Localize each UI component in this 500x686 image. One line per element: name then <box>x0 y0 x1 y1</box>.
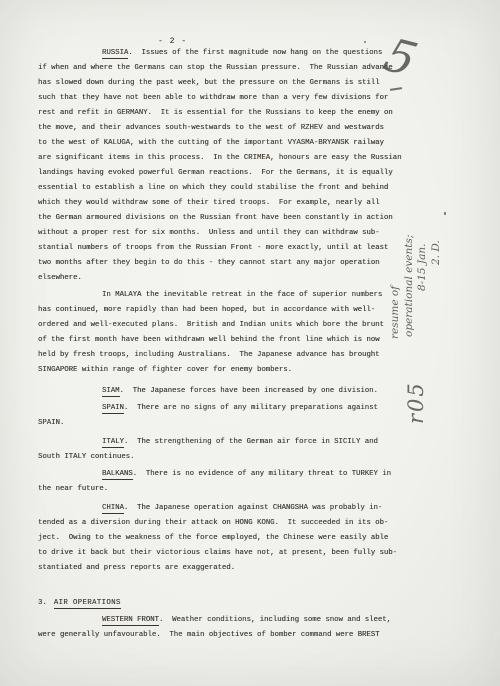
typed-line: stantiated and press reports are exagger… <box>38 561 404 576</box>
side-note-line: 8-15 Jan. <box>416 167 430 291</box>
typed-line-text: . There is no evidence of any military t… <box>133 470 391 478</box>
typed-line: of the first month have been withdrawn w… <box>38 333 404 348</box>
typed-line: ITALY. The strengthening of the German a… <box>38 435 404 450</box>
page-number: - 2 - <box>158 37 187 46</box>
paragraph-western_front: WESTERN FRONT. Weather conditions, inclu… <box>38 613 404 643</box>
typed-line: stantial numbers of troops from the Russ… <box>38 241 404 256</box>
typed-line: the German armoured divisions on the Rus… <box>38 211 404 226</box>
handwritten-top-mark: 5 <box>377 28 424 86</box>
section-title: AIR OPERATIONS <box>54 599 121 609</box>
typed-line: which they would withdraw some of their … <box>38 196 404 211</box>
side-note-line: resume of <box>389 167 403 339</box>
typed-line: ject. Owing to the weakness of the force… <box>38 531 404 546</box>
typed-line: are significant items in this process. I… <box>38 151 404 166</box>
paragraph-russia: RUSSIA. Issues of the first magnitude no… <box>38 46 404 286</box>
typed-line: essential to establish a line on which t… <box>38 181 404 196</box>
typed-line: In MALAYA the inevitable retreat in the … <box>38 288 404 303</box>
heading-siam: SIAM <box>102 387 120 397</box>
typed-line: BALKANS. There is no evidence of any mil… <box>38 467 404 482</box>
typed-line: tended as a diversion during their attac… <box>38 516 404 531</box>
typed-line: SPAIN. <box>38 416 404 431</box>
section-heading-air_operations: 3.AIR OPERATIONS <box>38 596 404 611</box>
handwritten-bottom-mark: r05 <box>404 342 432 424</box>
heading-spain: SPAIN <box>102 404 124 414</box>
typed-line-text: . The strengthening of the German air fo… <box>124 438 378 446</box>
heading-balkans: BALKANS <box>102 470 133 480</box>
heading-russia: RUSSIA <box>102 49 128 59</box>
typed-line-text: . Weather conditions, including some sno… <box>159 616 391 624</box>
paragraph-italy: ITALY. The strengthening of the German a… <box>38 435 404 465</box>
typed-line-text: . There are no signs of any military pre… <box>124 404 378 412</box>
typed-line: the move, and their advances south-westw… <box>38 121 404 136</box>
typed-line: such that they have not been able to wit… <box>38 91 404 106</box>
typed-line-text: . Issues of the first magnitude now hang… <box>128 49 382 57</box>
scanned-document-page: - 2 - RUSSIA. Issues of the first magnit… <box>0 0 500 686</box>
side-note-line: operational events; <box>403 167 417 337</box>
typed-line: rest and refit in GERMANY. It is essenti… <box>38 106 404 121</box>
typed-line: without a proper rest for six months. Un… <box>38 226 404 241</box>
typed-line: to the west of KALUGA, with the cutting … <box>38 136 404 151</box>
paragraph-spain: SPAIN. There are no signs of any militar… <box>38 401 404 431</box>
heading-china: CHINA <box>102 504 124 514</box>
typed-line: if when and where the Germans can stop t… <box>38 61 404 76</box>
typed-line: held by fresh troops, including Australi… <box>38 348 404 363</box>
typed-line: to drive it back but their victorious cl… <box>38 546 404 561</box>
section-number: 3. <box>38 599 47 607</box>
typed-line: elsewhere. <box>38 271 404 286</box>
typed-line: landings having evoked powerful German r… <box>38 166 404 181</box>
typed-line: SINGAPORE within range of fighter cover … <box>38 363 404 378</box>
typed-line: CHINA. The Japanese operation against CH… <box>38 501 404 516</box>
side-note-line: 2. D. <box>430 167 444 265</box>
typed-line: has slowed down during the past week, bu… <box>38 76 404 91</box>
typed-line-text: . The Japanese operation against CHANGSH… <box>124 504 382 512</box>
typed-line: South ITALY continues. <box>38 450 404 465</box>
typed-line-text: In MALAYA the inevitable retreat in the … <box>102 291 382 299</box>
typed-line: SIAM. The Japanese forces have been incr… <box>38 384 404 399</box>
ink-speck <box>364 41 366 43</box>
paragraph-china: CHINA. The Japanese operation against CH… <box>38 501 404 576</box>
typed-text-body: RUSSIA. Issues of the first magnitude no… <box>38 46 404 643</box>
typed-line: RUSSIA. Issues of the first magnitude no… <box>38 46 404 61</box>
typed-line: were generally unfavourable. The main ob… <box>38 628 404 643</box>
paragraph-siam: SIAM. The Japanese forces have been incr… <box>38 384 404 399</box>
typed-line-text: . The Japanese forces have been increase… <box>120 387 378 395</box>
paragraph-malaya: In MALAYA the inevitable retreat in the … <box>38 288 404 378</box>
typed-line: ordered and well-executed plans. British… <box>38 318 404 333</box>
typed-line: SPAIN. There are no signs of any militar… <box>38 401 404 416</box>
heading-western_front: WESTERN FRONT <box>102 616 159 626</box>
typed-line: two months after they begin to do this -… <box>38 256 404 271</box>
typed-line: the near future. <box>38 482 404 497</box>
typed-line: WESTERN FRONT. Weather conditions, inclu… <box>38 613 404 628</box>
paragraph-balkans: BALKANS. There is no evidence of any mil… <box>38 467 404 497</box>
handwritten-side-note: resume ofoperational events;8-15 Jan.2. … <box>389 167 447 339</box>
typed-line: has continued, more rapidly than had bee… <box>38 303 404 318</box>
heading-italy: ITALY <box>102 438 124 448</box>
ink-speck <box>444 212 446 215</box>
